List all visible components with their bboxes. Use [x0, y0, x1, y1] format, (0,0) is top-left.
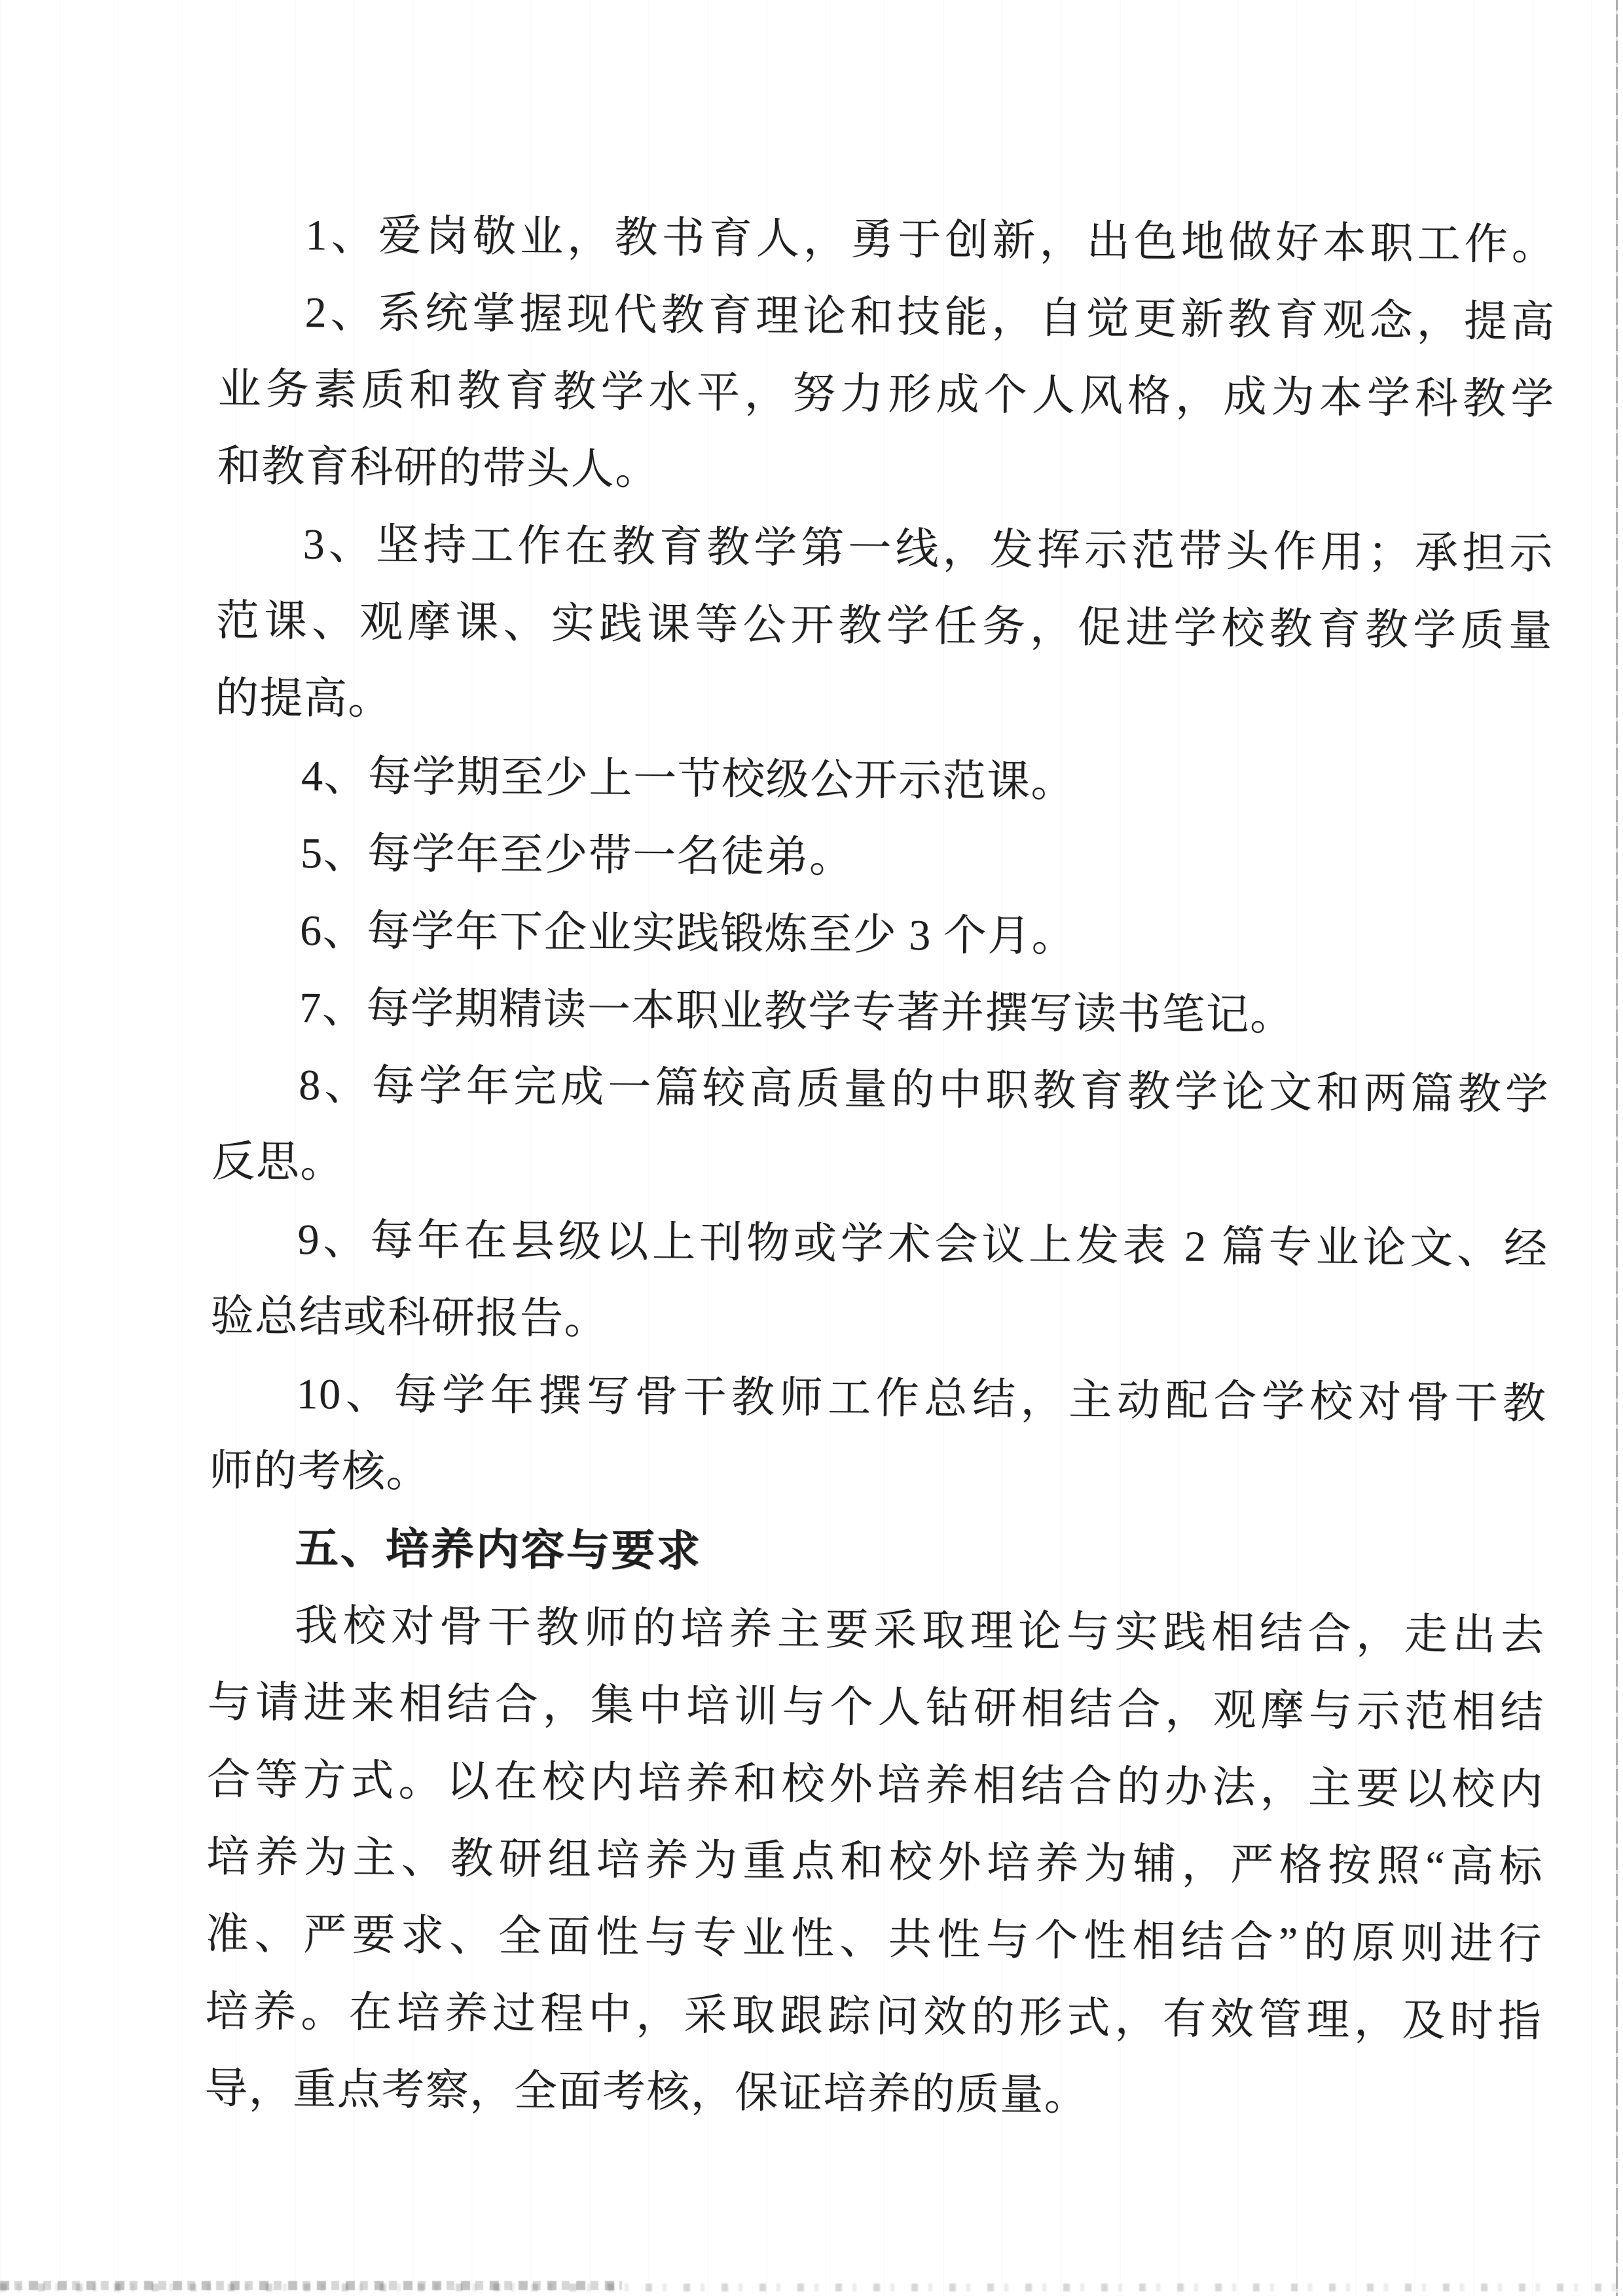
document-text-block: 1、爱岗敬业，教书育人，勇于创新，出色地做好本职工作。2、系统掌握现代教育理论和… — [204, 196, 1556, 2138]
scanner-edge-line — [1616, 0, 1618, 2296]
text-line: 1、爱岗敬业，教书育人，勇于创新，出色地做好本职工作。 — [219, 196, 1556, 284]
text-line: 4、每学期至少上一节校级公开示范课。 — [215, 737, 1552, 825]
scanned-document-page: 1、爱岗敬业，教书育人，勇于创新，出色地做好本职工作。2、系统掌握现代教育理论和… — [0, 0, 1623, 2296]
text-line: 培养。在培养过程中，采取跟踪问效的形式，有效管理，及时指 — [205, 1973, 1542, 2061]
text-line: 导，重点考察，全面考核，保证培养的质量。 — [204, 2050, 1542, 2138]
text-line: 范课、观摩课、实践课等公开教学任务，促进学校教育教学质量 — [215, 583, 1553, 670]
text-line: 我校对骨干教师的培养主要采取理论与实践相结合，走出去 — [208, 1587, 1545, 1675]
text-line: 验总结或科研报告。 — [210, 1278, 1548, 1366]
text-line: 7、每学期精读一本职业教学专著并撰写读书笔记。 — [213, 969, 1550, 1057]
text-line: 师的考核。 — [209, 1432, 1546, 1520]
text-line: 9、每年在县级以上刊物或学术会议上发表 2 篇专业论文、经 — [211, 1201, 1548, 1288]
scan-noise-blob — [0, 2281, 622, 2290]
text-line: 和教育科研的带头人。 — [217, 428, 1554, 516]
text-line: 五、培养内容与要求 — [208, 1510, 1546, 1597]
text-line: 合等方式。以在校内培养和校外培养相结合的办法，主要以校内 — [207, 1741, 1544, 1829]
text-line: 培养为主、教研组培养为重点和校外培养为辅，严格按照“高标 — [206, 1819, 1544, 1906]
text-line: 3、坚持工作在教育教学第一线，发挥示范带头作用；承担示 — [216, 505, 1554, 593]
text-line: 准、严要求、全面性与专业性、共性与个性相结合”的原则进行 — [206, 1896, 1543, 1984]
text-line: 2、系统掌握现代教育理论和技能，自觉更新教育观念，提高 — [218, 274, 1556, 361]
text-line: 反思。 — [211, 1123, 1549, 1211]
text-line: 8、每学年完成一篇较高质量的中职教育教学论文和两篇教学 — [212, 1046, 1550, 1134]
text-line: 业务素质和教育教学水平，努力形成个人风格，成为本学科教学 — [217, 351, 1555, 439]
text-line: 的提高。 — [215, 660, 1553, 748]
text-line: 10、每学年撰写骨干教师工作总结，主动配合学校对骨干教 — [210, 1355, 1547, 1443]
text-line: 与请进来相结合，集中培训与个人钻研相结合，观摩与示范相结 — [207, 1664, 1544, 1752]
text-line: 6、每学年下企业实践锻炼至少 3 个月。 — [213, 892, 1551, 979]
text-line: 5、每学年至少带一名徒弟。 — [214, 814, 1552, 902]
